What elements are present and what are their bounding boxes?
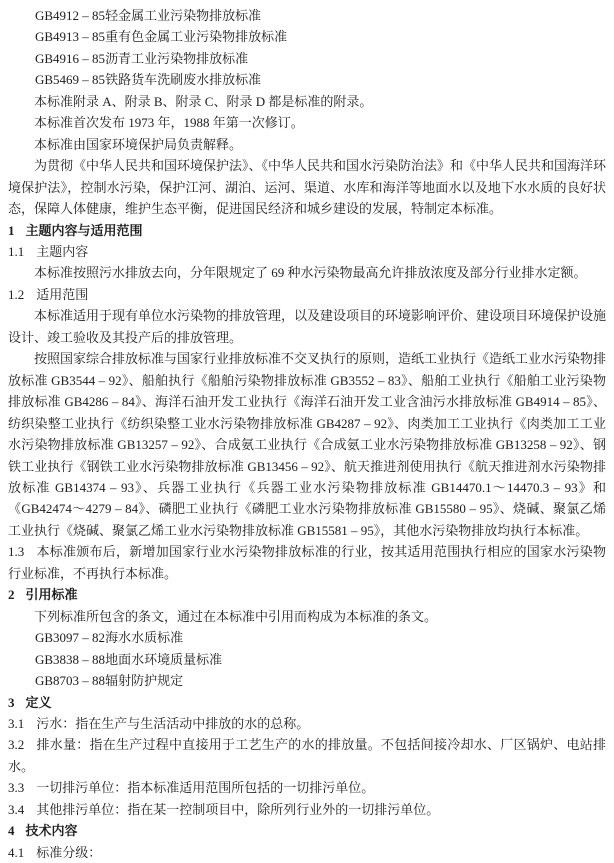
section-1-heading: 1主题内容与适用范围 [8, 220, 606, 241]
clause-4-1: 4.1标准分级： [8, 842, 606, 863]
clause-number: 1.3 [8, 544, 24, 559]
definition-item: 3.1污水：指在生产与生活活动中排放的水的总称。 [8, 713, 606, 734]
clause-number: 1.2 [8, 287, 24, 302]
document-page: GB4912 – 85轻金属工业污染物排放标准 GB4913 – 85重有色金属… [0, 0, 614, 863]
standard-code: GB4912 – 85 [35, 5, 105, 26]
standard-title: 辐射防护规定 [105, 673, 183, 688]
referenced-standard-item: GB4912 – 85轻金属工业污染物排放标准 [8, 5, 606, 26]
standard-code: GB4916 – 85 [35, 48, 105, 69]
section-4-heading: 4技术内容 [8, 820, 606, 841]
clause-1-3: 1.3本标准颁布后，新增加国家行业水污染物排放标准的行业，按其适用范围执行相应的… [8, 541, 606, 584]
clause-number: 1.1 [8, 244, 24, 259]
section-number: 4 [8, 823, 15, 838]
standard-title: 海水水质标准 [105, 630, 183, 645]
standard-title: 地面水环境质量标准 [105, 652, 222, 667]
clause-number: 3.2 [8, 737, 24, 752]
section-title: 定义 [26, 695, 52, 710]
section-number: 1 [8, 223, 15, 238]
clause-text: 本标准颁布后，新增加国家行业水污染物排放标准的行业，按其适用范围执行相应的国家水… [8, 544, 606, 580]
clause-text: 标准分级： [36, 845, 101, 860]
definition-item: 3.2排水量：指在生产过程中直接用于工艺生产的水的排放量。不包括间接冷却水、厂区… [8, 734, 606, 777]
foreword-appendix-note: 本标准附录 A、附录 B、附录 C、附录 D 都是标准的附录。 [8, 91, 606, 112]
section-title: 引用标准 [26, 587, 78, 602]
clause-1-2-heading: 1.2适用范围 [8, 284, 606, 305]
section-title: 主题内容与适用范围 [26, 223, 143, 238]
standard-title: 轻金属工业污染物排放标准 [105, 8, 261, 23]
standard-code: GB3097 – 82 [35, 627, 105, 648]
clause-number: 3.1 [8, 716, 24, 731]
foreword-history: 本标准首次发布 1973 年，1988 年第一次修订。 [8, 112, 606, 133]
section-title: 技术内容 [26, 823, 78, 838]
clause-1-2-body2: 按照国家综合排放标准与国家行业排放标准不交叉执行的原则，造纸工业执行《造纸工业水… [8, 348, 606, 541]
clause-1-2-body1: 本标准适用于现有单位水污染物的排放管理，以及建设项目的环境影响评价、建设项目环境… [8, 305, 606, 348]
clause-number: 3.4 [8, 802, 24, 817]
definition-text: 一切排污单位：指本标准适用范围所包括的一切排污单位。 [36, 780, 374, 795]
clause-title: 主题内容 [36, 244, 88, 259]
clause-number: 4.1 [8, 845, 24, 860]
referenced-standard-item: GB4913 – 85重有色金属工业污染物排放标准 [8, 26, 606, 47]
standard-code: GB3838 – 88 [35, 649, 105, 670]
definition-text: 其他排污单位：指在某一控制项目中，除所列行业外的一切排污单位。 [36, 802, 439, 817]
section-number: 3 [8, 695, 15, 710]
section-number: 2 [8, 587, 15, 602]
standard-title: 沥青工业污染物排放标准 [105, 51, 248, 66]
cited-standard-item: GB3838 – 88地面水环境质量标准 [8, 649, 606, 670]
definition-item: 3.4其他排污单位：指在某一控制项目中，除所列行业外的一切排污单位。 [8, 799, 606, 820]
referenced-standard-item: GB5469 – 85铁路货车洗刷废水排放标准 [8, 69, 606, 90]
section-2-intro: 下列标准所包含的条文，通过在本标准中引用而构成为本标准的条文。 [8, 606, 606, 627]
definition-item: 3.3一切排污单位：指本标准适用范围所包括的一切排污单位。 [8, 777, 606, 798]
standard-code: GB5469 – 85 [35, 69, 105, 90]
referenced-standard-item: GB4916 – 85沥青工业污染物排放标准 [8, 48, 606, 69]
section-2-heading: 2引用标准 [8, 584, 606, 605]
definition-text: 排水量：指在生产过程中直接用于工艺生产的水的排放量。不包括间接冷却水、厂区锅炉、… [8, 737, 606, 773]
cited-standard-item: GB8703 – 88辐射防护规定 [8, 670, 606, 691]
clause-1-1-heading: 1.1主题内容 [8, 241, 606, 262]
standard-title: 重有色金属工业污染物排放标准 [105, 29, 287, 44]
standard-title: 铁路货车洗刷废水排放标准 [105, 72, 261, 87]
clause-title: 适用范围 [36, 287, 88, 302]
standard-code: GB4913 – 85 [35, 26, 105, 47]
standard-code: GB8703 – 88 [35, 670, 105, 691]
definition-text: 污水：指在生产与生活活动中排放的水的总称。 [36, 716, 309, 731]
section-3-heading: 3定义 [8, 692, 606, 713]
clause-1-1-body: 本标准按照污水排放去向，分年限规定了 69 种水污染物最高允许排放浓度及部分行业… [8, 262, 606, 283]
clause-number: 3.3 [8, 780, 24, 795]
foreword-interpretation: 本标准由国家环境保护局负责解释。 [8, 134, 606, 155]
foreword-purpose: 为贯彻《中华人民共和国环境保护法》、《中华人民共和国水污染防治法》和《中华人民共… [8, 155, 606, 219]
cited-standard-item: GB3097 – 82海水水质标准 [8, 627, 606, 648]
